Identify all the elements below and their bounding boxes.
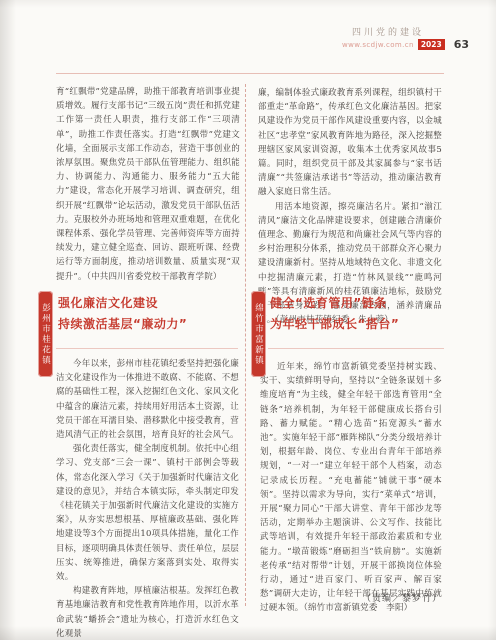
scan-edge-top: [0, 0, 496, 8]
section-title-line2: 为年轻干部成长“搭台”: [270, 314, 399, 335]
article-paragraph: 廉，编制体验式廉政教育系列课程，组织镇村干部重走“革命路”，传承红色文化廉洁基因…: [258, 86, 442, 200]
article-paragraph: 今年以来，彭州市桂花镇纪委坚持把强化廉洁文化建设作为一体推进不敢腐、不能腐、不想…: [56, 357, 239, 442]
scan-edge-left: [0, 0, 16, 640]
article-paragraph: 育“红飘带”党建品牌，助推干部教育培训事业提质增效。履行支部书记“三级五岗”责任…: [56, 85, 240, 284]
section-body-left: 今年以来，彭州市桂花镇纪委坚持把强化廉洁文化建设作为一体推进不敢腐、不能腐、不想…: [56, 357, 239, 640]
article-paragraph: 构建教育阵地，厚植廉洁根基。发挥红色教育基地廉洁教育和党性教育阵地作用，以沂水革…: [56, 584, 239, 640]
magazine-title: 四川党的建设: [352, 25, 424, 38]
section-tab-label: 绵竹市富新镇: [253, 303, 265, 366]
section-title-rule-right: [268, 348, 444, 349]
section-tab-pengzhou-guihua: 彭州市桂花镇: [38, 291, 53, 377]
section-title-left: 强化廉洁文化建设 持续激活基层“廉动力”: [58, 293, 187, 335]
year-badge: 2023: [418, 39, 445, 50]
article-ending-right: 廉，编制体验式廉政教育系列课程，组织镇村干部重走“革命路”，传承红色文化廉洁基因…: [258, 86, 442, 327]
header-rule: [56, 73, 444, 74]
section-title-line1: 强化廉洁文化建设: [58, 293, 187, 314]
article-continuation-left: 育“红飘带”党建品牌，助推干部教育培训事业提质增效。履行支部书记“三级五岗”责任…: [56, 85, 240, 284]
section-title-line2: 持续激活基层“廉动力”: [58, 314, 187, 335]
section-title-line1: 健全“选育管用”链条: [270, 293, 399, 314]
section-title-right: 健全“选育管用”链条 为年轻干部成长“搭台”: [270, 293, 399, 335]
section-body-right: 近年来，绵竹市富新镇党委坚持树实践、实干、实绩鲜明导向，坚持以“全链条谋划＋多维…: [260, 360, 442, 616]
section-tab-label: 彭州市桂花镇: [40, 303, 52, 366]
section-title-rule-left: [56, 348, 238, 349]
scan-edge-right: [488, 0, 496, 640]
article-paragraph: 强化责任落实，健全制度机制。依托中心组学习、党支部“三会一课”、镇村干部例会等载…: [56, 442, 239, 584]
magazine-page: 四川党的建设 www.scdjw.com.cn 2023 63 育“红飘带”党建…: [0, 0, 496, 640]
editor-credit: （责编／黎梦竹）: [260, 591, 442, 604]
magazine-website: www.scdjw.com.cn: [342, 41, 414, 49]
column-divider: [245, 84, 246, 606]
article-paragraph: 近年来，绵竹市富新镇党委坚持树实践、实干、实绩鲜明导向，坚持以“全链条谋划＋多维…: [260, 360, 442, 616]
header-meta-row: www.scdjw.com.cn 2023 63: [342, 38, 469, 51]
page-number: 63: [454, 38, 469, 51]
